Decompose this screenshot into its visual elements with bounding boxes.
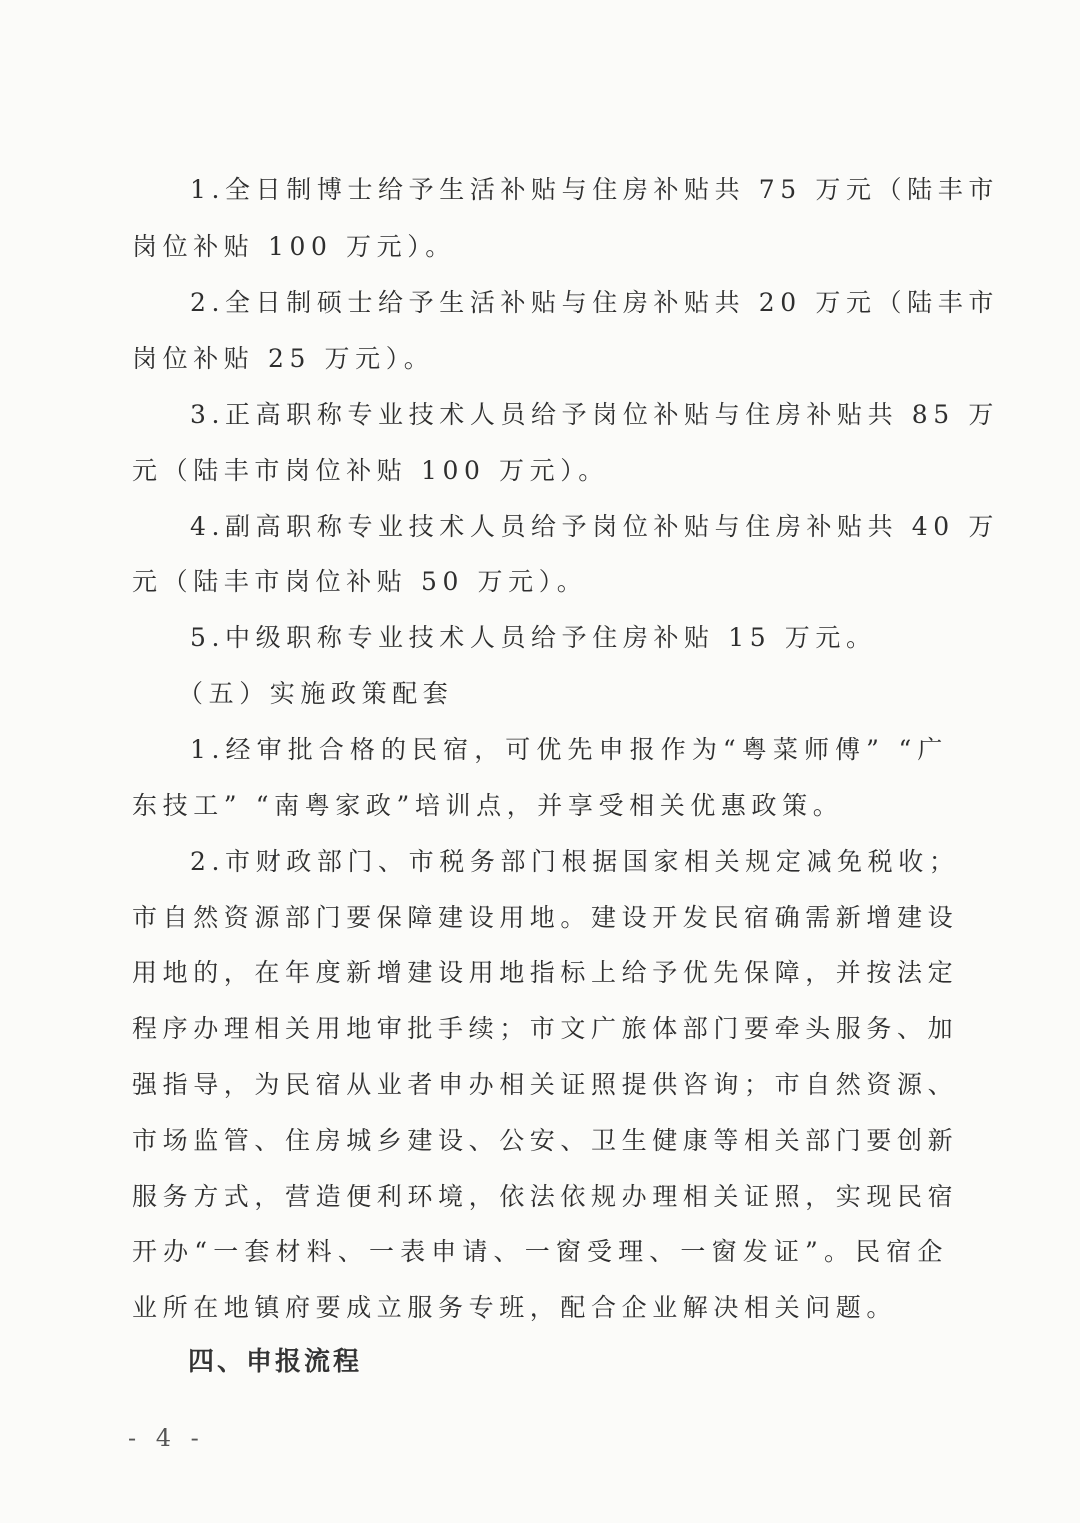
policy-1-line-1: 1.经审批合格的民宿，可优先申报作为“粤菜师傅” “广 bbox=[190, 734, 948, 766]
policy-2-line-9: 业所在地镇府要成立服务专班，配合企业解决相关问题。 bbox=[132, 1292, 948, 1324]
subsidy-3-line-1: 3.正高职称专业技术人员给予岗位补贴与住房补贴共 85 万 bbox=[190, 399, 948, 431]
policy-2-line-6: 市场监管、住房城乡建设、公安、卫生健康等相关部门要创新 bbox=[132, 1125, 948, 1157]
policy-2-line-7: 服务方式，营造便利环境，依法依规办理相关证照，实现民宿 bbox=[132, 1181, 948, 1213]
policy-2-line-1: 2.市财政部门、市税务部门根据国家相关规定减免税收； bbox=[190, 846, 948, 878]
section-5-title: （五）实施政策配套 bbox=[178, 678, 936, 710]
subsidy-1-line-1: 1.全日制博士给予生活补贴与住房补贴共 75 万元（陆丰市 bbox=[190, 174, 948, 206]
policy-2-line-4: 程序办理相关用地审批手续；市文广旅体部门要牵头服务、加 bbox=[132, 1013, 948, 1045]
policy-2-line-5: 强指导，为民宿从业者申办相关证照提供咨询；市自然资源、 bbox=[132, 1069, 948, 1101]
subsidy-5-line-1: 5.中级职称专业技术人员给予住房补贴 15 万元。 bbox=[190, 622, 948, 654]
subsidy-1-line-2: 岗位补贴 100 万元）。 bbox=[132, 231, 948, 263]
policy-1-line-2: 东技工” “南粤家政”培训点，并享受相关优惠政策。 bbox=[132, 790, 948, 822]
policy-2-line-2: 市自然资源部门要保障建设用地。建设开发民宿确需新增建设 bbox=[132, 902, 948, 934]
subsidy-3-line-2: 元（陆丰市岗位补贴 100 万元）。 bbox=[132, 455, 948, 487]
section-heading: 四、申报流程 bbox=[188, 1346, 362, 1378]
subsidy-4-line-1: 4.副高职称专业技术人员给予岗位补贴与住房补贴共 40 万 bbox=[190, 511, 948, 543]
policy-2-line-3: 用地的，在年度新增建设用地指标上给予优先保障，并按法定 bbox=[132, 957, 948, 989]
policy-2-line-8: 开办“一套材料、一表申请、一窗受理、一窗发证”。民宿企 bbox=[132, 1236, 948, 1268]
document-page: 1.全日制博士给予生活补贴与住房补贴共 75 万元（陆丰市 岗位补贴 100 万… bbox=[0, 0, 1080, 1523]
subsidy-2-line-2: 岗位补贴 25 万元）。 bbox=[132, 343, 948, 375]
subsidy-4-line-2: 元（陆丰市岗位补贴 50 万元）。 bbox=[132, 566, 948, 598]
subsidy-2-line-1: 2.全日制硕士给予生活补贴与住房补贴共 20 万元（陆丰市 bbox=[190, 287, 948, 319]
page-number: - 4 - bbox=[128, 1424, 205, 1452]
